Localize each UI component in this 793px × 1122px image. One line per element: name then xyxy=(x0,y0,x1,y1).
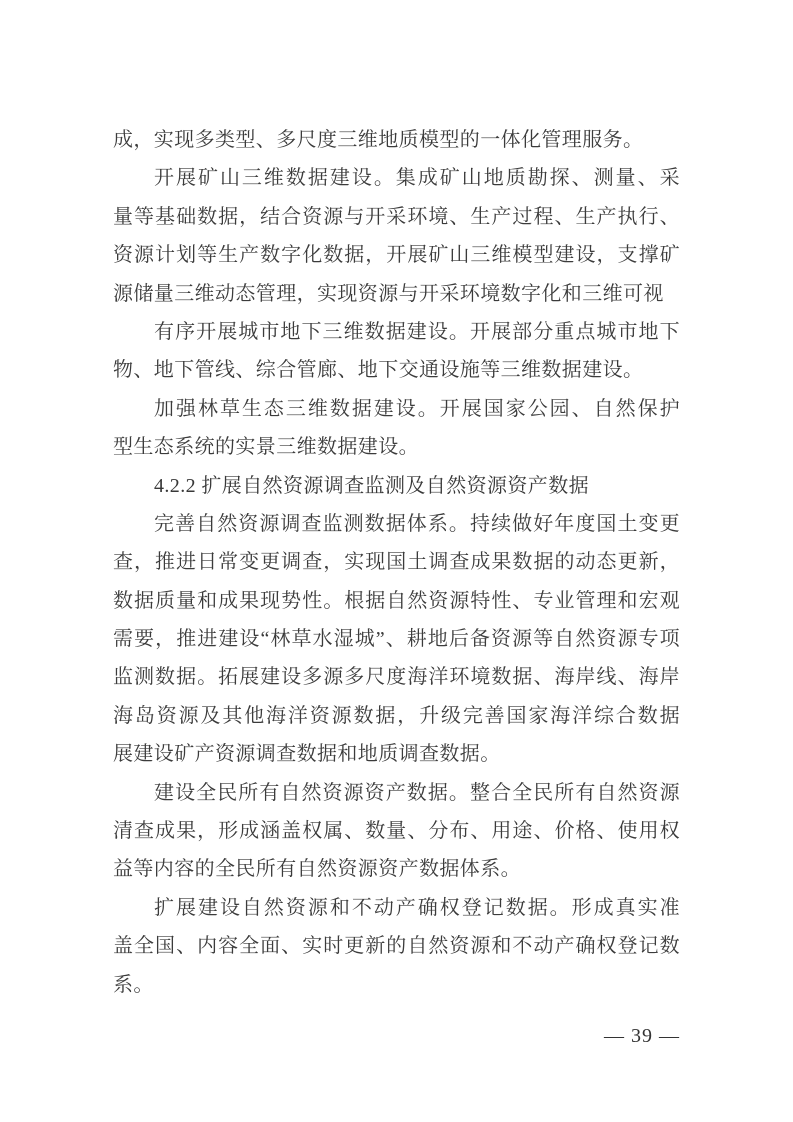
text-line: 有序开展城市地下三维数据建设。开展部分重点城市地下建筑 xyxy=(113,313,680,351)
text-line: 成，实现多类型、多尺度三维地质模型的一体化管理服务。 xyxy=(113,121,680,159)
text-line: 加强林草生态三维数据建设。开展国家公园、自然保护地、典 xyxy=(113,390,680,428)
text-line: 益等内容的全民所有自然资源资产数据体系。 xyxy=(113,850,680,888)
text-line: 海岛资源及其他海洋资源数据，升级完善国家海洋综合数据库。扩 xyxy=(113,697,680,735)
text-line: 完善自然资源调查监测数据体系。持续做好年度国土变更调 xyxy=(113,505,680,543)
text-line: 建设全民所有自然资源资产数据。整合全民所有自然资源资产 xyxy=(113,774,680,812)
text-line: 数据质量和成果现势性。根据自然资源特性、专业管理和宏观决策 xyxy=(113,582,680,620)
document-page: 成，实现多类型、多尺度三维地质模型的一体化管理服务。开展矿山三维数据建设。集成矿… xyxy=(0,0,793,1122)
text-line: 量等基础数据，结合资源与开采环境、生产过程、生产执行、企业 xyxy=(113,198,680,236)
document-viewport: { "colors": { "background": "#ffffff", "… xyxy=(0,0,793,1122)
text-line: 型生态系统的实景三维数据建设。 xyxy=(113,428,680,466)
text-line: 查，推进日常变更调查，实现国土调查成果数据的动态更新，确保 xyxy=(113,543,680,581)
section-heading: 4.2.2 扩展自然资源调查监测及自然资源资产数据 xyxy=(113,467,680,505)
text-line: 源储量三维动态管理，实现资源与开采环境数字化和三维可视化。 xyxy=(113,275,680,313)
page-number: — 39 — xyxy=(604,1024,680,1048)
text-line: 盖全国、内容全面、实时更新的自然资源和不动产确权登记数据体 xyxy=(113,927,680,965)
text-line: 清查成果，形成涵盖权属、数量、分布、用途、价格、使用权和收 xyxy=(113,812,680,850)
text-line: 监测数据。拓展建设多源多尺度海洋环境数据、海岸线、海岸带、 xyxy=(113,658,680,696)
text-line: 展建设矿产资源调查数据和地质调查数据。 xyxy=(113,735,680,773)
text-line: 资源计划等生产数字化数据，开展矿山三维模型建设，支撑矿产资 xyxy=(113,236,680,274)
text-line: 开展矿山三维数据建设。集成矿山地质勘探、测量、采矿、储 xyxy=(113,159,680,197)
text-line: 需要，推进建设“林草水湿城”、耕地后备资源等自然资源专项调查 xyxy=(113,620,680,658)
text-line: 物、地下管线、综合管廊、地下交通设施等三维数据建设。 xyxy=(113,351,680,389)
text-line: 扩展建设自然资源和不动产确权登记数据。形成真实准确、覆 xyxy=(113,889,680,927)
text-line: 系。 xyxy=(113,966,680,1004)
document-text-block: 成，实现多类型、多尺度三维地质模型的一体化管理服务。开展矿山三维数据建设。集成矿… xyxy=(113,121,680,1004)
